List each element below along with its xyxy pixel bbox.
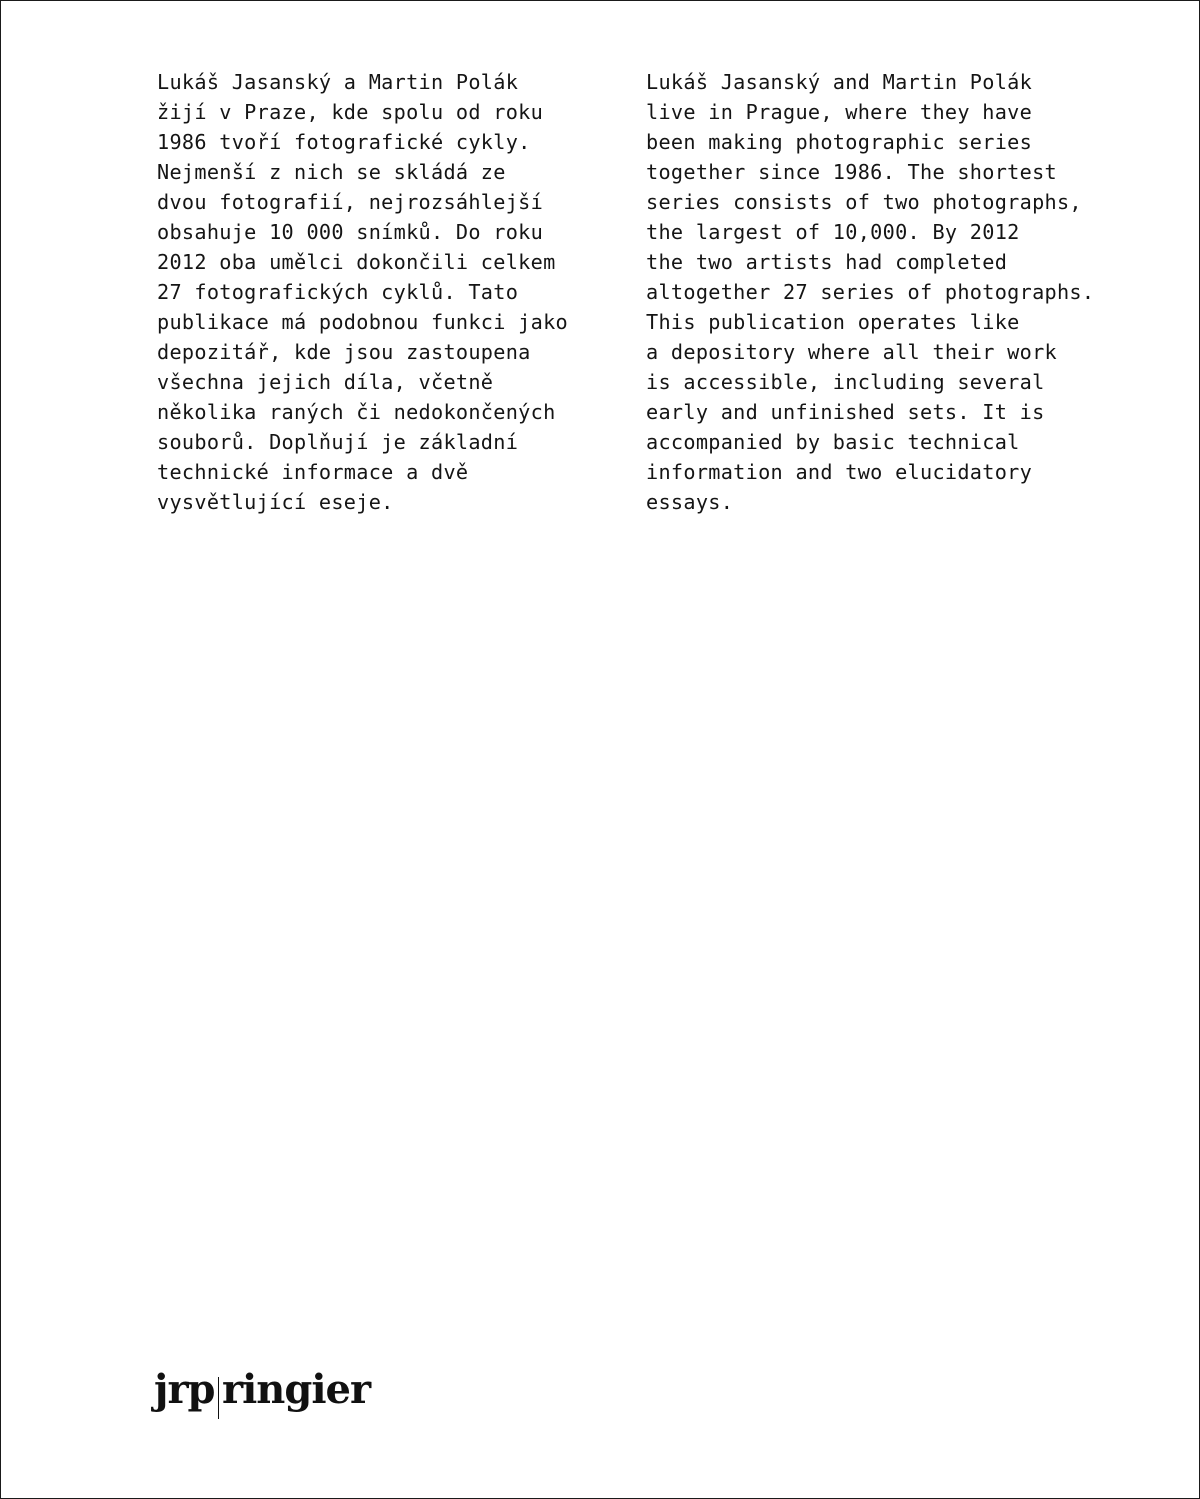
text-line: depozitář, kde jsou zastoupena <box>157 337 568 367</box>
text-line: live in Prague, where they have <box>646 97 1094 127</box>
logo-divider <box>218 1377 220 1419</box>
text-line: been making photographic series <box>646 127 1094 157</box>
book-back-cover: Lukáš Jasanský a Martin Polák žijí v Pra… <box>0 0 1200 1499</box>
text-line: žijí v Praze, kde spolu od roku <box>157 97 568 127</box>
text-line: obsahuje 10 000 snímků. Do roku <box>157 217 568 247</box>
text-line: několika raných či nedokončených <box>157 397 568 427</box>
text-line: information and two elucidatory <box>646 457 1094 487</box>
text-line: This publication operates like <box>646 307 1094 337</box>
text-line: publikace má podobnou funkci jako <box>157 307 568 337</box>
czech-text-column: Lukáš Jasanský a Martin Polák žijí v Pra… <box>157 67 568 517</box>
text-line: the largest of 10,000. By 2012 <box>646 217 1094 247</box>
english-text-column: Lukáš Jasanský and Martin Polák live in … <box>646 67 1094 517</box>
text-line: dvou fotografií, nejrozsáhlejší <box>157 187 568 217</box>
text-line: vysvětlující eseje. <box>157 487 568 517</box>
text-line: accompanied by basic technical <box>646 427 1094 457</box>
publisher-logo-right: ringier <box>222 1366 370 1413</box>
text-line: is accessible, including several <box>646 367 1094 397</box>
publisher-logo: jrp ringier <box>154 1366 370 1413</box>
text-line: together since 1986. The shortest <box>646 157 1094 187</box>
text-line: Nejmenší z nich se skládá ze <box>157 157 568 187</box>
text-line: the two artists had completed <box>646 247 1094 277</box>
text-line: Lukáš Jasanský a Martin Polák <box>157 67 568 97</box>
text-line: 1986 tvoří fotografické cykly. <box>157 127 568 157</box>
text-line: 27 fotografických cyklů. Tato <box>157 277 568 307</box>
text-line: essays. <box>646 487 1094 517</box>
text-line: 2012 oba umělci dokončili celkem <box>157 247 568 277</box>
publisher-logo-left: jrp <box>154 1366 215 1413</box>
text-line: a depository where all their work <box>646 337 1094 367</box>
text-line: altogether 27 series of photographs. <box>646 277 1094 307</box>
text-line: všechna jejich díla, včetně <box>157 367 568 397</box>
text-line: souborů. Doplňují je základní <box>157 427 568 457</box>
text-line: early and unfinished sets. It is <box>646 397 1094 427</box>
text-line: technické informace a dvě <box>157 457 568 487</box>
text-line: series consists of two photographs, <box>646 187 1094 217</box>
text-line: Lukáš Jasanský and Martin Polák <box>646 67 1094 97</box>
